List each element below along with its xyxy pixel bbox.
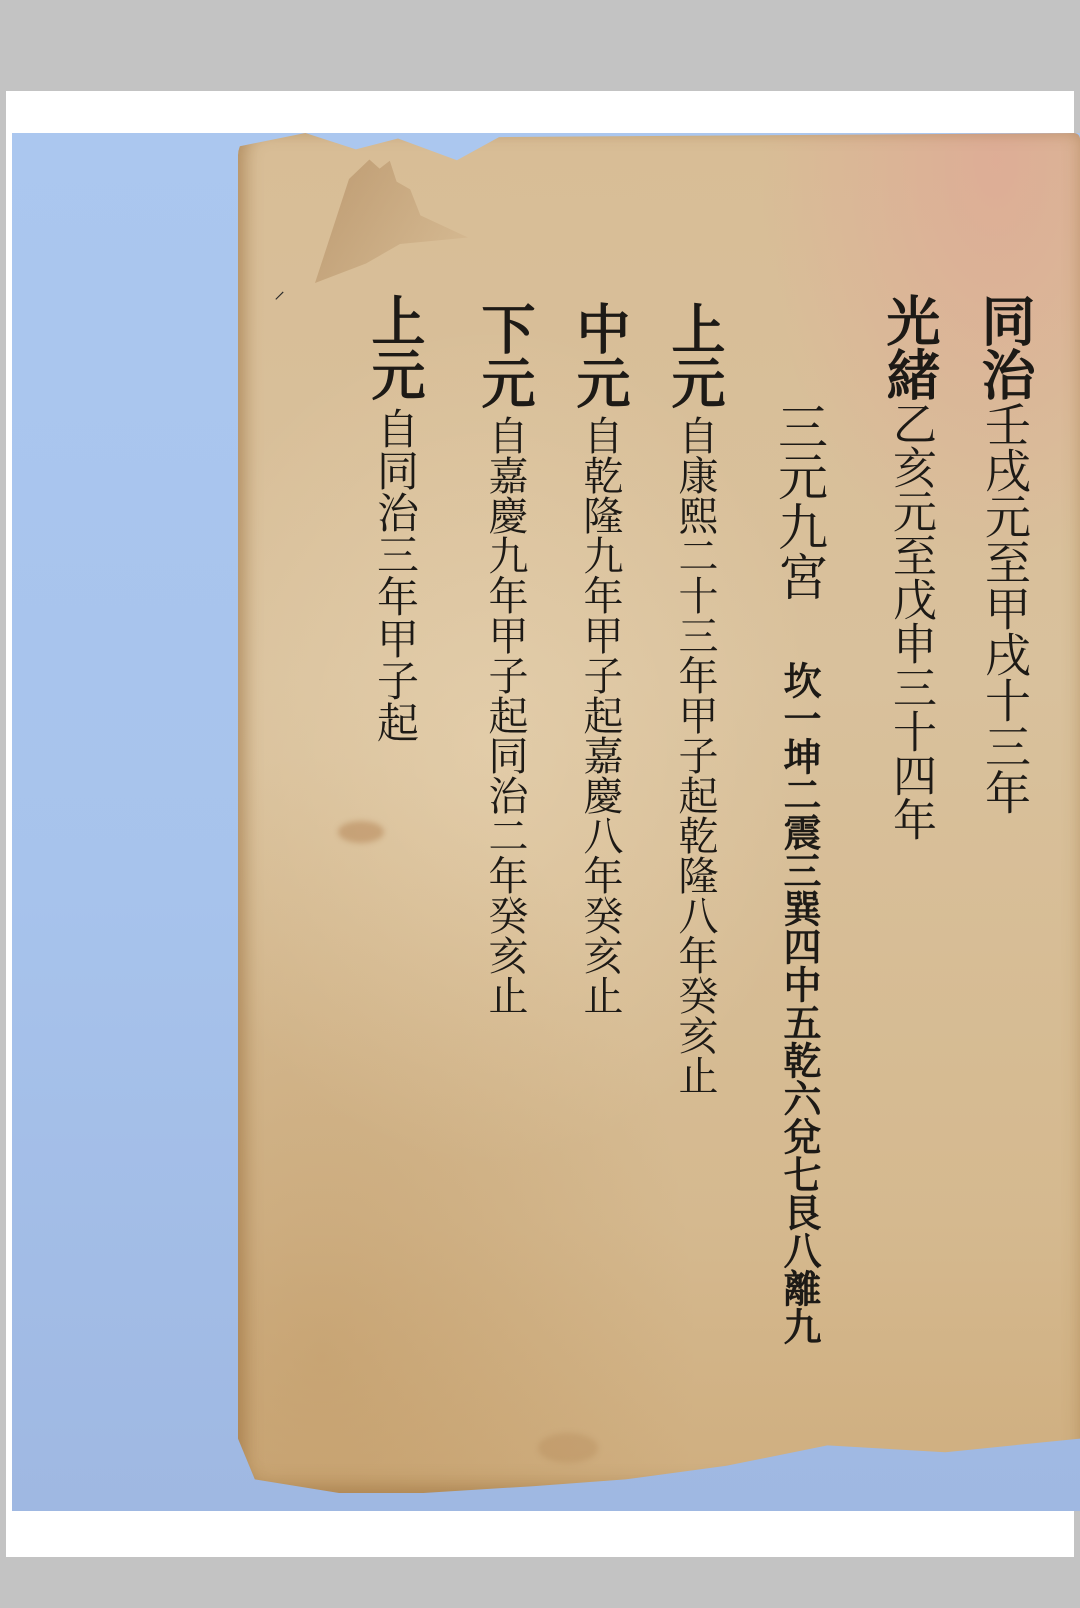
torn-corner <box>298 153 468 283</box>
cycle-label-middle: 中元 <box>573 301 627 409</box>
column-6-text: 自嘉慶九年甲子起同治二年癸亥止 <box>485 415 525 1015</box>
text-column-6: 下元自嘉慶九年甲子起同治二年癸亥止 <box>478 301 532 1015</box>
margin-mark: ⸝ <box>274 275 285 305</box>
text-column-2: 光緒乙亥元至戊申三十四年 <box>883 293 937 841</box>
cycle-label-upper-new: 上元 <box>368 293 422 401</box>
nine-palaces-heading: 三元九宮 <box>774 401 824 601</box>
text-column-1: 同治壬戌元至甲戌十三年 <box>978 293 1032 815</box>
trigram-number-list: 坎一坤二震三巽四中五乾六兌七艮八離九 <box>780 661 818 1345</box>
column-2-text: 乙亥元至戊申三十四年 <box>888 401 932 841</box>
cycle-label-upper: 上元 <box>668 301 722 409</box>
ink-stain <box>538 1433 598 1463</box>
image-viewer-frame: 同治壬戌元至甲戌十三年 光緒乙亥元至戊申三十四年 三元九宮坎一坤二震三巽四中五乾… <box>6 91 1074 1557</box>
cycle-label-lower: 下元 <box>478 301 532 409</box>
text-column-5: 中元自乾隆九年甲子起嘉慶八年癸亥止 <box>573 301 627 1015</box>
column-4-text: 自康熙二十三年甲子起乾隆八年癸亥止 <box>675 415 715 1095</box>
column-7-text: 自同治三年甲子起 <box>374 407 416 743</box>
column-5-text: 自乾隆九年甲子起嘉慶八年癸亥止 <box>580 415 620 1015</box>
text-column-4: 上元自康熙二十三年甲子起乾隆八年癸亥止 <box>668 301 722 1095</box>
era-name-guangxu: 光緒 <box>883 293 937 401</box>
ink-stain <box>338 821 384 843</box>
era-name-tongzhi: 同治 <box>978 293 1032 401</box>
text-column-7: 上元自同治三年甲子起 <box>368 293 422 743</box>
manuscript-photo: 同治壬戌元至甲戌十三年 光緒乙亥元至戊申三十四年 三元九宮坎一坤二震三巽四中五乾… <box>12 133 1080 1511</box>
manuscript-page: 同治壬戌元至甲戌十三年 光緒乙亥元至戊申三十四年 三元九宮坎一坤二震三巽四中五乾… <box>238 133 1080 1493</box>
column-1-text: 壬戌元至甲戌十三年 <box>982 401 1028 815</box>
text-column-3: 三元九宮坎一坤二震三巽四中五乾六兌七艮八離九 <box>774 401 824 1345</box>
